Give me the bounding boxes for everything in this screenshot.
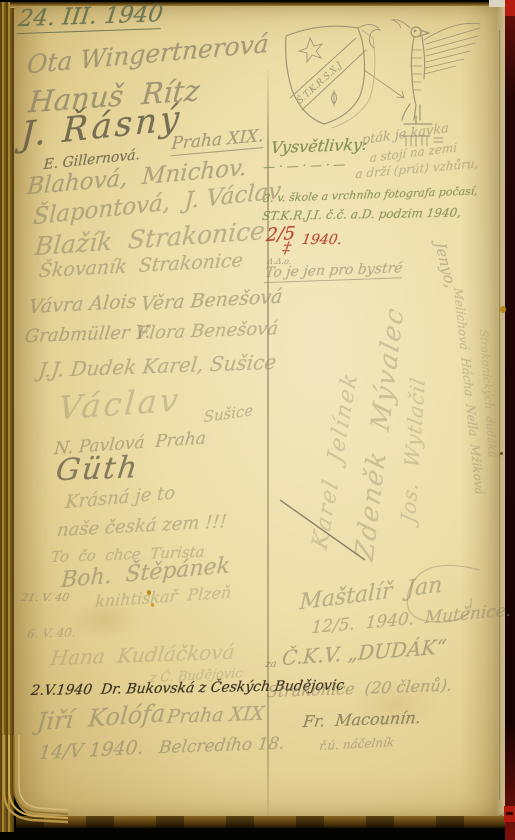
handwriting-entry: Věra Benešová [140, 288, 283, 315]
handwriting-entry: 3. v. škole a vrchního fotografa počasí, [263, 186, 479, 205]
explanations-title: Vysvětlivky: [270, 137, 368, 156]
handwriting-entry: Vávra Alois [28, 292, 137, 317]
handwriting-entry: za [264, 660, 277, 670]
red-date-mark: 1940. [301, 233, 343, 247]
margin-inscription: Jenyo, [432, 242, 458, 289]
handwriting-entry: To je jen pro bystré [264, 261, 404, 283]
dash-dot-underline: — · — · — · — [263, 158, 347, 173]
handwriting-entry: Václav [57, 383, 182, 424]
handwriting-entry: Praha XIX [166, 705, 266, 727]
handwriting-entry: Sušice [204, 403, 253, 425]
date-header: 24. III. 1940 [17, 3, 164, 34]
handwriting-entry: Fr. Macounín. [302, 710, 422, 730]
rotated-signature: Zdeněk Mývalec [352, 304, 408, 564]
handwriting-entry: Ota Wingertnerová [26, 31, 269, 77]
handwriting-entry: 21. V. 40 [20, 592, 70, 603]
handwriting-entry: Jiří Kolófa [36, 701, 167, 734]
handwriting-entry: 6. V. 40. [27, 626, 77, 640]
handwriting-entry: Flora Benešová [136, 320, 279, 343]
handwriting-entry: Hana Kudláčková [50, 642, 236, 669]
handwriting-entry: Strakonice (20 členů). [266, 678, 453, 701]
handwriting-entry: naše česká zem !!! [56, 513, 228, 540]
handwriting-entry: Belcredího 18. [158, 736, 286, 757]
handwriting-entry: Praha XIX. [171, 128, 265, 156]
handwriting-entry: Grabmüller V. [24, 324, 152, 346]
handwriting-entry: J.J. Dudek Karel, Sušice [38, 352, 278, 380]
red-symbol: ‡ [281, 240, 292, 256]
handwriting-entry: Č.K.V. „DUDÁK“ [281, 637, 447, 669]
handwriting-entry: ř.ú. náčelník [319, 736, 395, 752]
handwriting-entry: Krásná je to [65, 484, 176, 512]
handwriting-entry: ST.K.R.J.I. č.č. a.D. podzim 1940, [261, 207, 462, 223]
handwriting-entry: Güth [54, 453, 140, 486]
guestbook-page-scan: Š.T.K.R.S.X.J 24. III. [0, 0, 515, 840]
handwriting-layer: 24. III. 1940Ota WingertnerováHanuš Rítz… [0, 0, 515, 840]
handwriting-entry: 14/V 1940. [38, 739, 145, 764]
rotated-signature: Jos. Wytlačil [398, 375, 428, 524]
